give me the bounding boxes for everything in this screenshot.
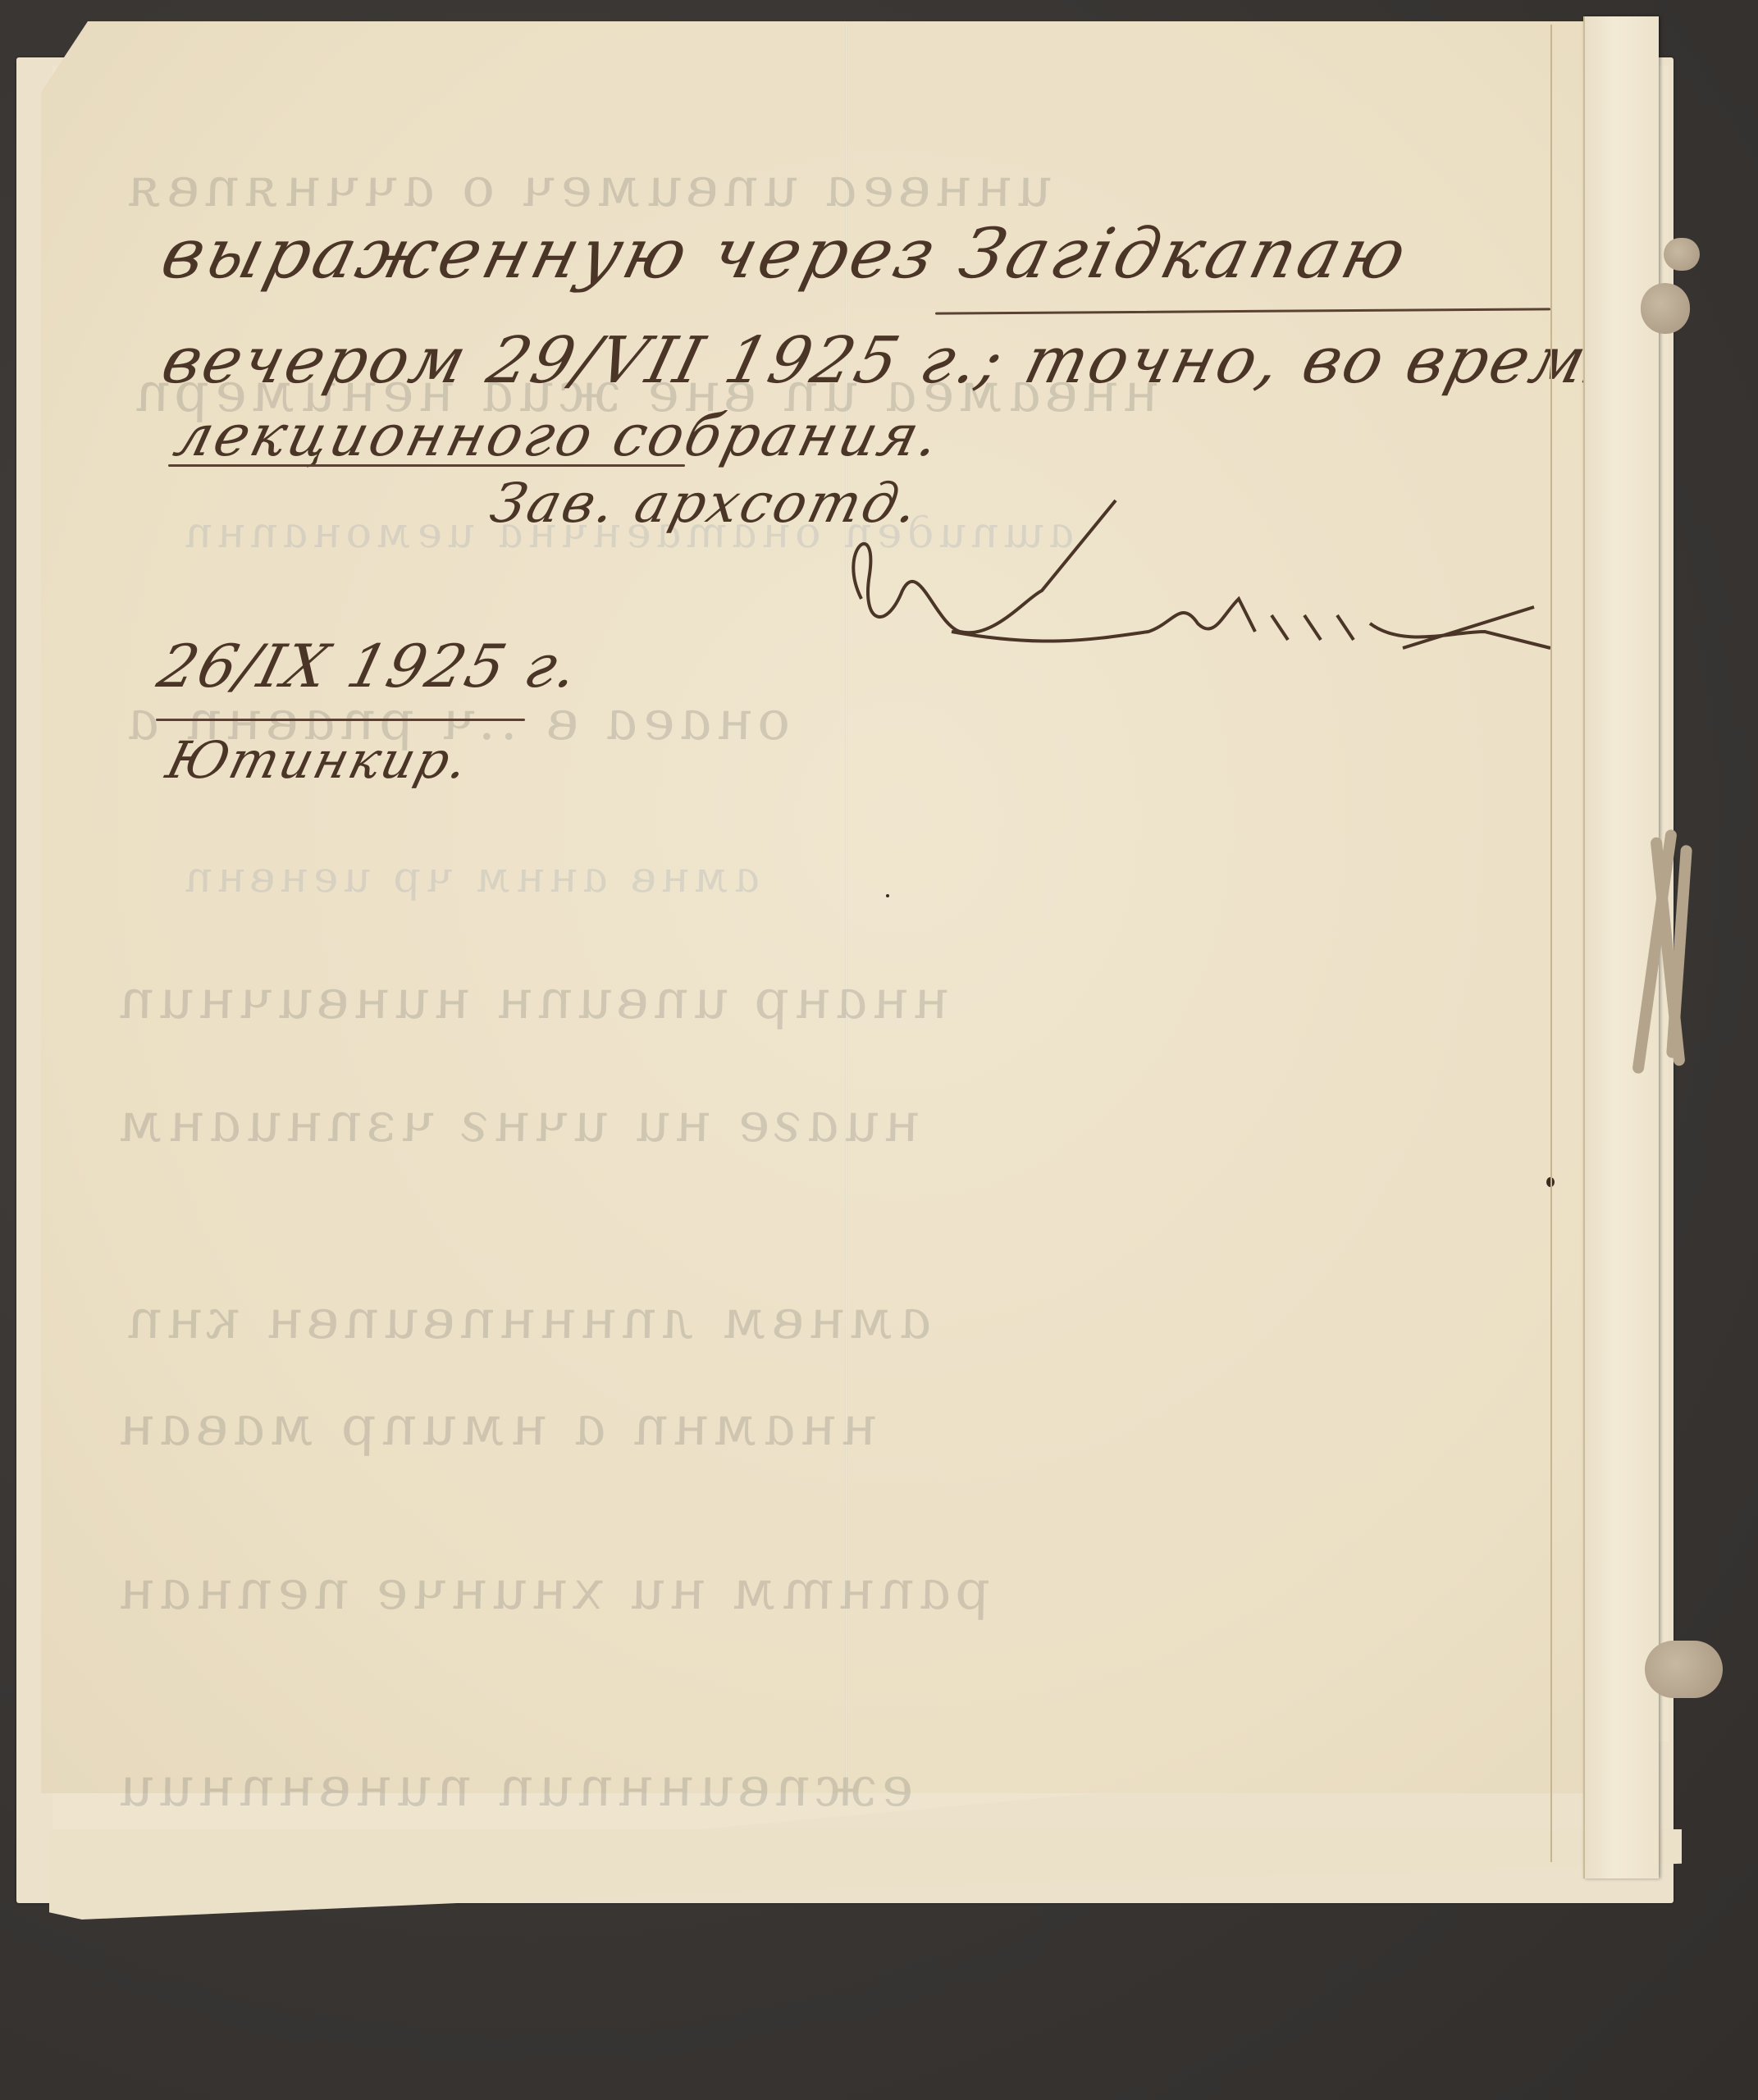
date-subscript-label: Ютинкир. <box>161 730 476 790</box>
binding-fold-line <box>1550 25 1552 1862</box>
letter-line-1: выраженную через Загідкапаю <box>154 213 1418 294</box>
binding-string-knot <box>1641 283 1690 334</box>
document-date: 26/IX 1925 г. <box>152 632 587 701</box>
date-underline <box>156 719 525 721</box>
signature: Ст. Лошин <box>829 500 1567 664</box>
ink-speck <box>886 894 889 897</box>
letter-line-3: лекционного собрания. <box>168 402 949 469</box>
underline <box>168 464 685 467</box>
binding-string-twisted <box>1641 829 1690 1075</box>
binding-string-knot-lower <box>1645 1641 1723 1698</box>
binding-string-knot <box>1664 238 1700 271</box>
signature-stroke <box>829 500 1567 664</box>
letter-line-2: вечером 29/VII 1925 г.; точно, во время <box>155 324 1641 398</box>
